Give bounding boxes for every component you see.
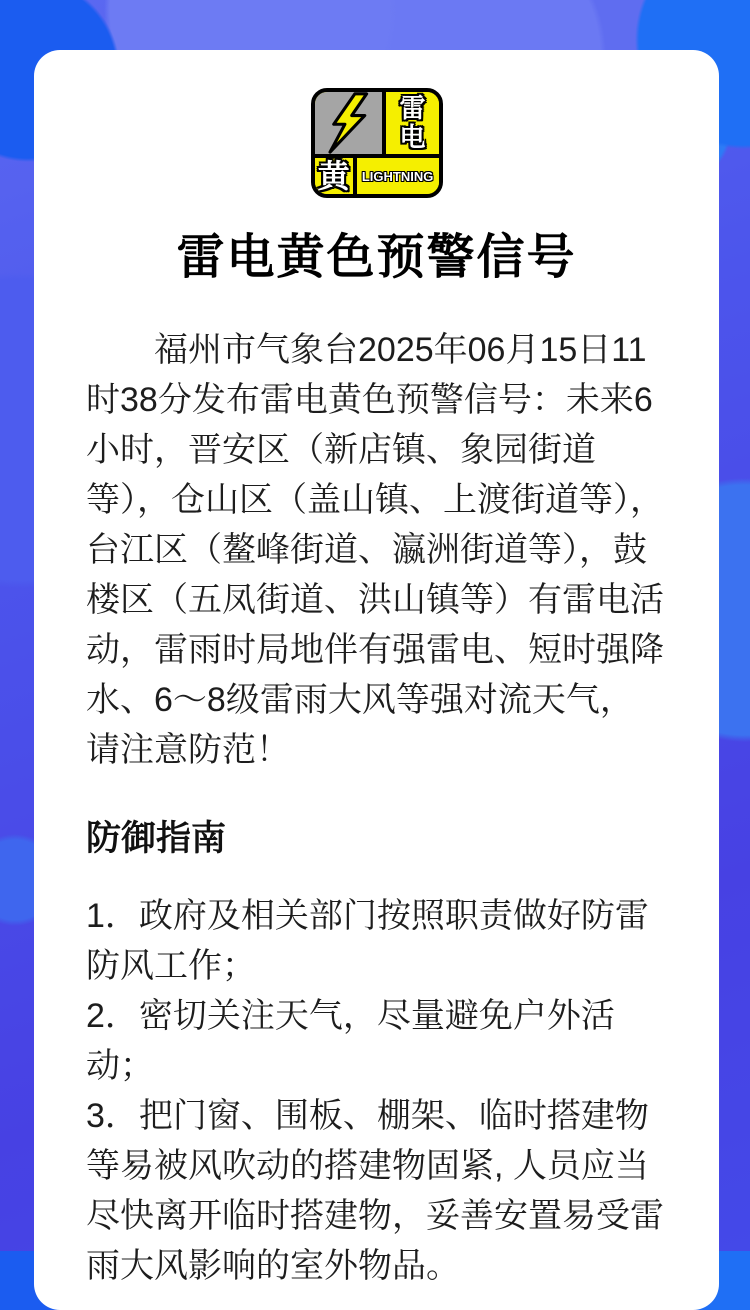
guide-item-3: 3．把门窗、围板、棚架、临时搭建物等易被风吹动的搭建物固紧, 人员应当尽快离开临… <box>86 1091 667 1251</box>
alert-card: 雷电 黄 LIGHTNING 雷电黄色预警信号 福州市气象台2025年06月15… <box>34 50 719 1251</box>
lightning-warning-badge-icon: 雷电 黄 LIGHTNING <box>311 88 443 198</box>
lightning-bolt-icon <box>315 92 387 154</box>
guide-item-2: 2．密切关注天气，尽量避免户外活动； <box>86 991 667 1091</box>
badge-top-right-label: 雷电 <box>386 92 438 154</box>
defense-guide-list: 1．政府及相关部门按照职责做好防雷防风工作； 2．密切关注天气，尽量避免户外活动… <box>86 891 667 1251</box>
defense-guide-heading: 防御指南 <box>86 811 667 861</box>
badge-bottom-left-label: 黄 <box>315 158 357 194</box>
alert-title: 雷电黄色预警信号 <box>86 218 667 287</box>
alert-body-paragraph: 福州市气象台2025年06月15日11时38分发布雷电黄色预警信号：未来6小时，… <box>86 325 667 775</box>
badge-bottom-right-label: LIGHTNING <box>357 158 439 194</box>
guide-item-1: 1．政府及相关部门按照职责做好防雷防风工作； <box>86 891 667 991</box>
